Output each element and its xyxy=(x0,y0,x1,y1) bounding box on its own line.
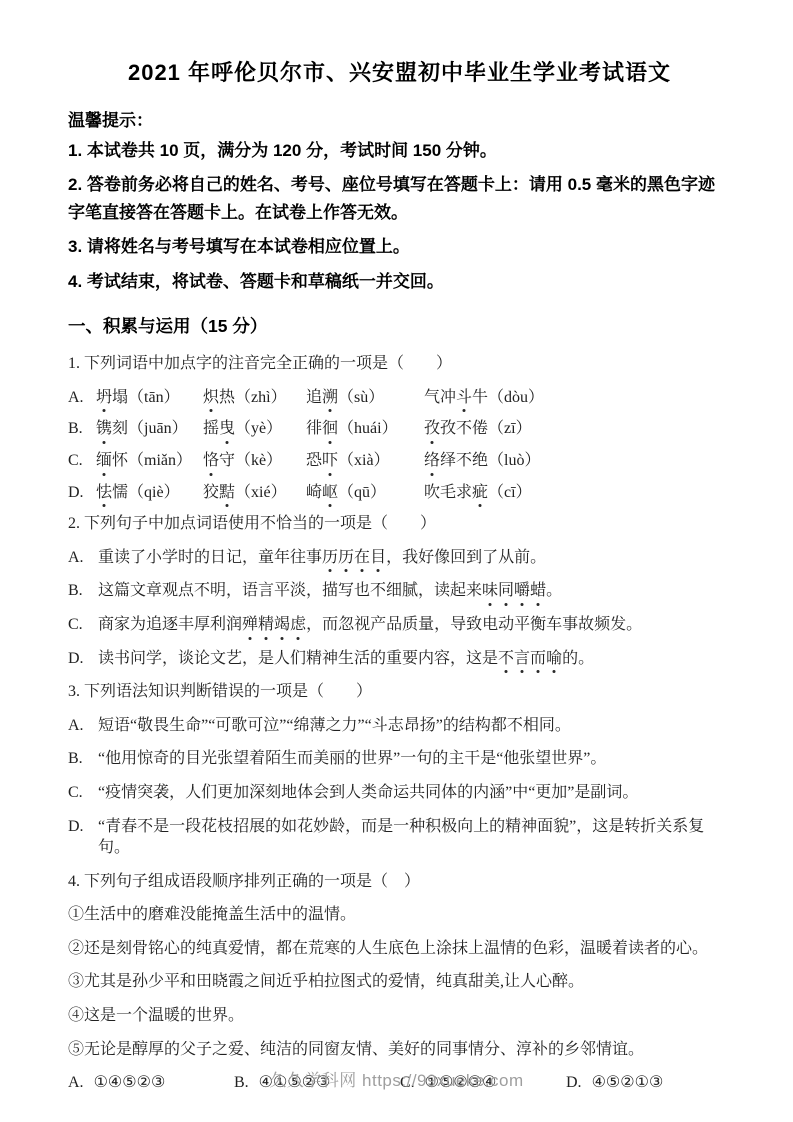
pinyin-item: 怯懦（qiè） xyxy=(96,482,203,504)
pinyin-item: 恪守（kè） xyxy=(203,450,306,472)
option-text: “青春不是一段花枝招展的如花妙龄，而是一种积极向上的精神面貌”，这是转折关系复句… xyxy=(98,816,731,859)
question-1-stem: 1. 下列词语中加点字的注音完全正确的一项是（ ） xyxy=(68,353,731,375)
question-4-sentence-2: ②还是刻骨铭心的纯真爱情，都在荒寒的人生底色上涂抹上温情的色彩，温暖着读者的心。 xyxy=(68,938,731,960)
notice-line-1: 1. 本试卷共 10 页，满分为 120 分，考试时间 150 分钟。 xyxy=(68,137,731,165)
question-4-sentence-4: ④这是一个温暖的世界。 xyxy=(68,1005,731,1027)
pinyin-item: 坍塌（tān） xyxy=(96,387,203,409)
question-3-option-a: A. 短语“敬畏生命”“可歌可泣”“绵薄之力”“斗志昂扬”的结构都不相同。 xyxy=(68,715,731,737)
question-4-sentence-1: ①生活中的磨难没能掩盖生活中的温情。 xyxy=(68,904,731,926)
question-2-option-d: D. 读书问学，谈论文艺，是人们精神生活的重要内容，这是不言而喻的。 xyxy=(68,648,731,670)
notice-line-2: 2. 答卷前务必将自己的姓名、考号、座位号填写在答题卡上：请用 0.5 毫米的黑… xyxy=(68,171,731,226)
question-2-option-b: B. 这篇文章观点不明，语言平淡，描写也不细腻，读起来味同嚼蜡。 xyxy=(68,580,731,602)
option-label: D. xyxy=(68,482,96,504)
option-label: A. xyxy=(68,547,98,569)
question-2-stem: 2. 下列句子中加点词语使用不恰当的一项是（ ） xyxy=(68,513,731,535)
question-4-stem: 4. 下列句子组成语段顺序排列正确的一项是（ ） xyxy=(68,871,731,893)
question-3-option-d: D. “青春不是一段花枝招展的如花妙龄，而是一种积极向上的精神面貌”，这是转折关… xyxy=(68,816,731,859)
option-label: A. xyxy=(68,715,98,737)
option-text: 商家为追逐丰厚利润殚精竭虑，而忽视产品质量，导致电动平衡车事故频发。 xyxy=(98,614,731,636)
option-label: B. xyxy=(68,580,98,602)
question-1-option-d: D. 怯懦（qiè） 狡黠（xié） 崎岖（qū） 吹毛求疵（cī） xyxy=(68,482,731,504)
section-1-heading: 一、积累与运用（15 分） xyxy=(68,313,731,338)
option-label: B. xyxy=(68,748,98,770)
watermark: 久久学科网 https://99xueke.com xyxy=(0,1066,793,1091)
pinyin-item: 气冲斗牛（dòu） xyxy=(424,387,731,409)
question-2-option-a: A. 重读了小学时的日记，童年往事历历在目，我好像回到了从前。 xyxy=(68,547,731,569)
option-text: “疫情突袭，人们更加深刻地体会到人类命运共同体的内涵”中“更加”是副词。 xyxy=(98,782,731,804)
option-text: “他用惊奇的目光张望着陌生而美丽的世界”一句的主干是“他张望世界”。 xyxy=(98,748,731,770)
option-label: B. xyxy=(68,418,96,440)
exam-paper: 2021 年呼伦贝尔市、兴安盟初中毕业生学业考试语文 温馨提示： 1. 本试卷共… xyxy=(0,0,793,1122)
option-label: A. xyxy=(68,387,96,409)
pinyin-item: 狡黠（xié） xyxy=(203,482,306,504)
question-1-option-a: A. 坍塌（tān） 炽热（zhì） 追溯（sù） 气冲斗牛（dòu） xyxy=(68,387,731,409)
question-4-sentence-3: ③尤其是孙少平和田晓霞之间近乎柏拉图式的爱情，纯真甜美,让人心醉。 xyxy=(68,971,731,993)
pinyin-item: 镌刻（juān） xyxy=(96,418,203,440)
option-text: 这篇文章观点不明，语言平淡，描写也不细腻，读起来味同嚼蜡。 xyxy=(98,580,731,602)
pinyin-item: 追溯（sù） xyxy=(306,387,424,409)
pinyin-item: 孜孜不倦（zī） xyxy=(424,418,731,440)
option-label: C. xyxy=(68,782,98,804)
option-label: D. xyxy=(68,816,98,859)
question-3-stem: 3. 下列语法知识判断错误的一项是（ ） xyxy=(68,681,731,703)
notice-line-3: 3. 请将姓名与考号填写在本试卷相应位置上。 xyxy=(68,233,731,261)
pinyin-item: 络绎不绝（luò） xyxy=(424,450,731,472)
option-text: 短语“敬畏生命”“可歌可泣”“绵薄之力”“斗志昂扬”的结构都不相同。 xyxy=(98,715,731,737)
question-1-option-c: C. 缅怀（miǎn） 恪守（kè） 恐吓（xià） 络绎不绝（luò） xyxy=(68,450,731,472)
notice-block: 温馨提示： 1. 本试卷共 10 页，满分为 120 分，考试时间 150 分钟… xyxy=(68,107,731,295)
pinyin-item: 缅怀（miǎn） xyxy=(96,450,203,472)
notice-heading: 温馨提示： xyxy=(68,107,731,135)
pinyin-item: 摇曳（yè） xyxy=(203,418,306,440)
question-2-option-c: C. 商家为追逐丰厚利润殚精竭虑，而忽视产品质量，导致电动平衡车事故频发。 xyxy=(68,614,731,636)
pinyin-item: 徘徊（huái） xyxy=(306,418,424,440)
question-4-sentence-5: ⑤无论是醇厚的父子之爱、纯洁的同窗友情、美好的同事情分、淳补的乡邻情谊。 xyxy=(68,1039,731,1061)
option-text: 读书问学，谈论文艺，是人们精神生活的重要内容，这是不言而喻的。 xyxy=(98,648,731,670)
option-label: D. xyxy=(68,648,98,670)
question-3-option-b: B. “他用惊奇的目光张望着陌生而美丽的世界”一句的主干是“他张望世界”。 xyxy=(68,748,731,770)
question-1-option-b: B. 镌刻（juān） 摇曳（yè） 徘徊（huái） 孜孜不倦（zī） xyxy=(68,418,731,440)
exam-title: 2021 年呼伦贝尔市、兴安盟初中毕业生学业考试语文 xyxy=(68,56,731,87)
pinyin-item: 吹毛求疵（cī） xyxy=(424,482,731,504)
option-text: 重读了小学时的日记，童年往事历历在目，我好像回到了从前。 xyxy=(98,547,731,569)
pinyin-item: 恐吓（xià） xyxy=(306,450,424,472)
notice-line-4: 4. 考试结束，将试卷、答题卡和草稿纸一并交回。 xyxy=(68,268,731,296)
question-3-option-c: C. “疫情突袭，人们更加深刻地体会到人类命运共同体的内涵”中“更加”是副词。 xyxy=(68,782,731,804)
pinyin-item: 崎岖（qū） xyxy=(306,482,424,504)
option-label: C. xyxy=(68,450,96,472)
option-label: C. xyxy=(68,614,98,636)
pinyin-item: 炽热（zhì） xyxy=(203,387,306,409)
